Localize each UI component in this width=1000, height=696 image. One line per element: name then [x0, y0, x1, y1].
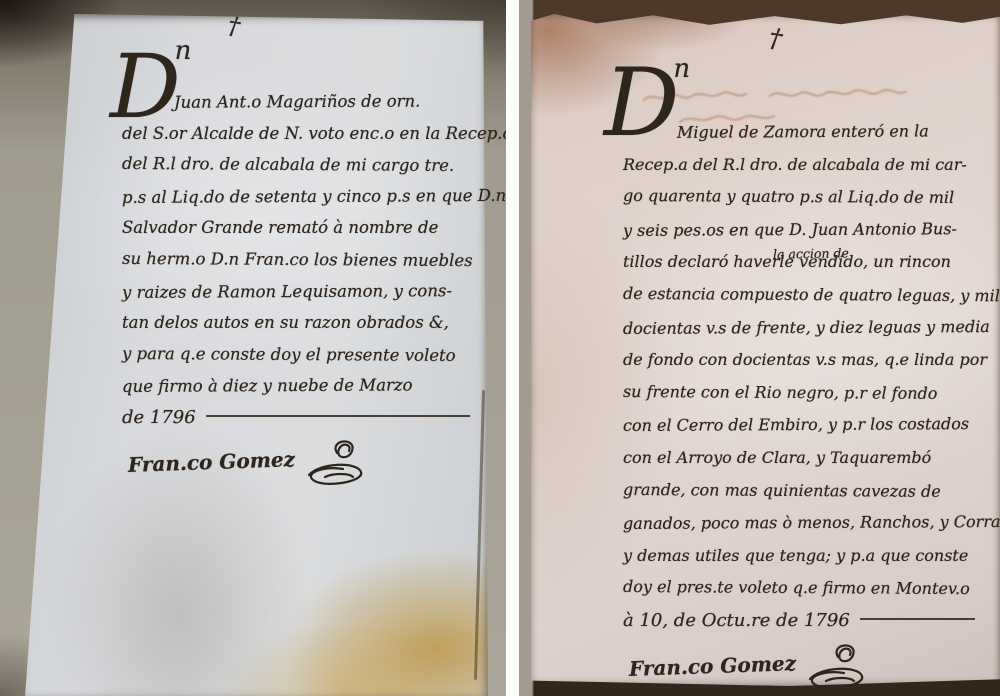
date-line: à 10, de Octu.re de 1796 — [623, 605, 975, 638]
drop-cap-superscript: n — [673, 54, 690, 84]
manuscript-line: go quarenta y quatro p.s al Liq.do de mi… — [623, 180, 975, 215]
ink-rule — [860, 618, 975, 620]
left-manuscript-text: Juan Ant.o Magariños de orn.del S.or Alc… — [122, 86, 470, 489]
manuscript-line: Recep.a del R.l dro. de alcabala de mi c… — [623, 149, 975, 182]
manuscript-line: y demas utiles que tenga; y p.a que cons… — [623, 540, 975, 573]
manuscript-line: del S.or Alcalde de N. voto enc.o en la … — [122, 118, 470, 150]
date-line: de 1796 — [122, 402, 470, 434]
manuscript-line: Miguel de Zamora enteró en la — [677, 115, 975, 149]
manuscript-line: su frente con el Rio negro, p.r el fondo — [623, 376, 975, 411]
manuscript-line: doy el pres.te voleto q.e firmo en Monte… — [623, 571, 975, 606]
date-text: de 1796 — [122, 402, 196, 434]
manuscript-line: de fondo con docientas v.s mas, q.e lind… — [623, 344, 975, 377]
right-manuscript-text: Miguel de Zamora enteró en laRecep.a del… — [623, 116, 975, 693]
signature-name: Fran.co Gomez — [127, 444, 295, 481]
manuscript-line: del R.l dro. de alcabala de mi cargo tre… — [122, 148, 470, 182]
manuscript-line: de estancia compuesto de quatro leguas, … — [623, 278, 975, 313]
manuscript-line: Juan Ant.o Magariños de orn. — [174, 85, 470, 118]
manuscript-line: con el Arroyo de Clara, y Taquarembó — [623, 442, 975, 475]
manuscript-line: grande, con mas quinientas cavezas de — [623, 473, 975, 508]
signature-block: Fran.co Gomez — [629, 641, 975, 693]
manuscript-line: docientas v.s de frente, y diez leguas y… — [623, 311, 975, 345]
manuscript-line: tan delos autos en su razon obrados &, — [122, 307, 470, 339]
interlined-insertion: la accion de — [773, 237, 849, 271]
manuscript-line: ganados, poco mas ò menos, Ranchos, y Co… — [623, 506, 975, 540]
manuscript-line: p.s al Liq.do de setenta y cinco p.s en … — [122, 180, 470, 213]
drop-cap-superscript: n — [175, 36, 192, 66]
manuscript-line: y raizes de Ramon Lequisamon, y cons- — [122, 275, 470, 308]
ink-rule — [206, 415, 470, 417]
manuscript-line: y para q.e conste doy el presente voleto — [122, 338, 470, 372]
left-manuscript-lines: Juan Ant.o Magariños de orn.del S.or Alc… — [122, 86, 470, 402]
manuscript-line: con el Cerro del Embiro, y p.r los costa… — [623, 408, 975, 442]
manuscript-photo-canvas: † Dn Juan Ant.o Magariños de orn.del S.o… — [0, 0, 1000, 696]
manuscript-line: Salvador Grande remató à nombre de — [122, 212, 470, 244]
signature-block: Fran.co Gomez — [128, 437, 470, 489]
right-manuscript-lines: Miguel de Zamora enteró en laRecep.a del… — [623, 116, 975, 605]
signature-name: Fran.co Gomez — [628, 647, 796, 685]
date-text: à 10, de Octu.re de 1796 — [623, 605, 850, 638]
signature-rubric-icon — [299, 437, 369, 489]
photo-divider — [506, 0, 519, 696]
left-photo: † Dn Juan Ant.o Magariños de orn.del S.o… — [0, 0, 506, 696]
manuscript-line: que firmo à diez y nuebe de Marzo — [122, 369, 470, 402]
manuscript-line: su herm.o D.n Fran.co los bienes muebles — [122, 243, 470, 277]
signature-rubric-icon — [800, 641, 870, 693]
